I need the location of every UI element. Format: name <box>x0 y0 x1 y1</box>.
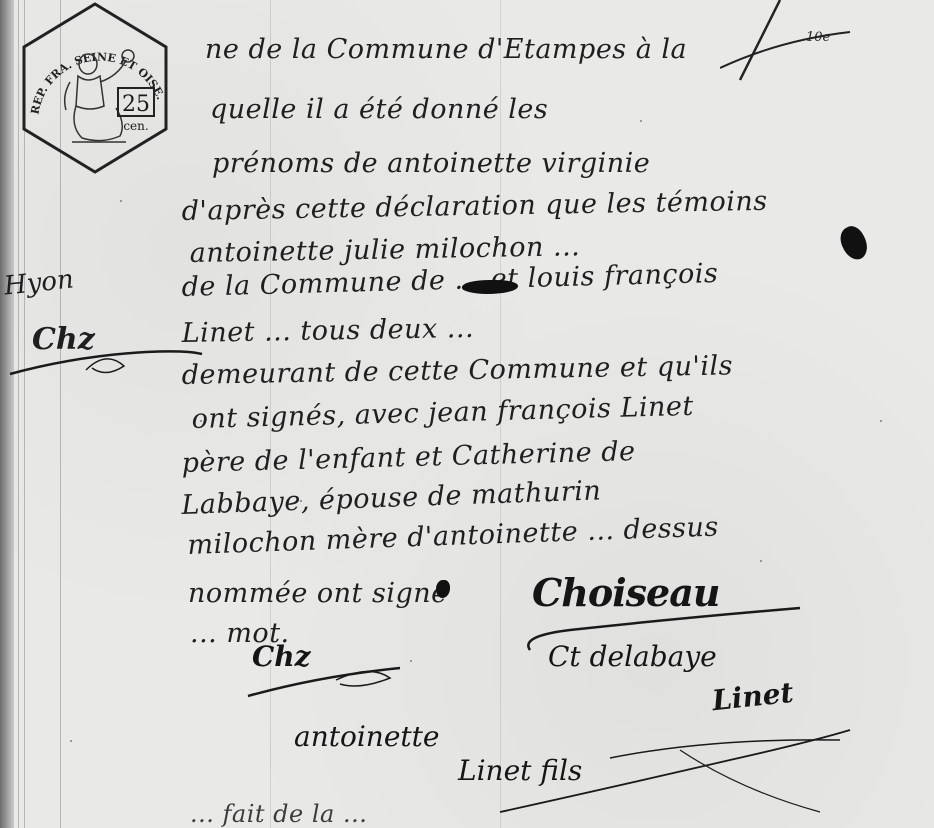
paper-speck <box>300 500 302 502</box>
body-line: père de l'enfant et Catherine de <box>181 436 636 479</box>
signature-choiseau: Choiseau <box>532 570 719 615</box>
signature-chz: Chz <box>252 640 311 673</box>
annotation-top-right: 10e <box>806 30 830 45</box>
margin-note-name: Hyon <box>3 264 76 301</box>
ink-blot <box>835 222 873 263</box>
paper-speck <box>640 120 642 122</box>
signature-delabaye: Ct delabaye <box>548 640 717 673</box>
body-line: Linet ... tous deux ... <box>181 313 474 349</box>
body-line: ont signés, avec jean françois Linet <box>191 391 694 435</box>
body-line: demeurant de cette Commune et qu'ils <box>181 350 733 391</box>
body-line: quelle il a été donné les <box>210 94 548 125</box>
body-line: nommée ont signé <box>188 578 448 609</box>
margin-rule <box>18 0 19 828</box>
stamp-unit: cen. <box>123 119 148 133</box>
margin-note-initials: Chz <box>32 322 95 357</box>
paper-speck <box>410 660 412 662</box>
body-line: Labbaye, épouse de mathurin <box>181 475 602 521</box>
paper-speck <box>880 420 882 422</box>
stamp-icon: REP. FRA. SEINE ET OISE. 25 cen. <box>20 2 170 174</box>
signature-linet: Linet <box>710 676 794 717</box>
body-line: prénoms de antoinette virginie <box>212 148 650 179</box>
signature-linet-fils: Linet fils <box>458 754 582 787</box>
revenue-stamp: REP. FRA. SEINE ET OISE. 25 cen. <box>20 2 170 174</box>
strike-flourish <box>720 0 860 90</box>
paper-speck <box>70 740 72 742</box>
paper-speck <box>200 420 202 422</box>
binding-edge <box>0 0 14 828</box>
bottom-cutoff-line: ... fait de la ... <box>190 800 367 828</box>
body-line: ne de la Commune d'Etampes à la <box>205 34 687 65</box>
paper-speck <box>120 200 122 202</box>
stamp-value: 25 <box>122 92 150 117</box>
body-line: milochon mère d'antoinette ... dessus <box>187 511 719 561</box>
document-page: REP. FRA. SEINE ET OISE. 25 cen. 10e ne … <box>0 0 934 828</box>
signature-antoinette: antoinette <box>294 720 439 753</box>
paper-speck <box>760 560 762 562</box>
ink-blot <box>436 580 450 598</box>
